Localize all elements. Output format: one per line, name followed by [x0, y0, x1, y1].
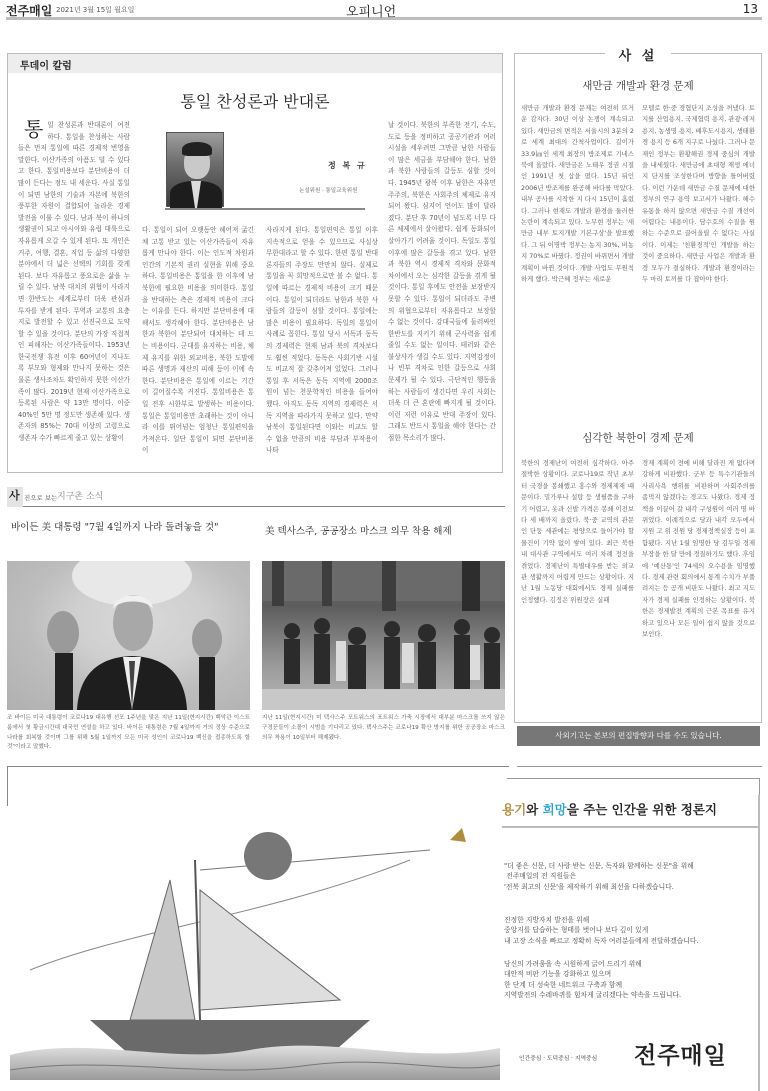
column-text-2: 다. 통일이 되어 오랫동안 헤어져 굶긴 채 고통 받고 있는 이산가족들이 …: [142, 225, 254, 460]
slogan-divider: [502, 826, 760, 828]
biden-photo: [7, 561, 250, 710]
ad-frame-right-top: [517, 766, 762, 767]
author-photo: [166, 132, 224, 207]
slogan-title: 용기와 희망을 주는 인간을 위한 정론지: [502, 800, 717, 818]
sailing-ship-illustration: [10, 820, 500, 1080]
column-text-3: 사라지게 된다. 통일편익은 통일 이후 지속적으로 얻을 수 있으므로 사실상…: [266, 225, 378, 460]
column-text-4: 날 것이다. 북한의 부족한 전기, 수도, 도로 등을 정비하고 공공기관과 …: [388, 120, 496, 460]
texas-photo: [262, 561, 505, 710]
slogan-motto: 인간중심 · 도덕중심 · 지역중심: [519, 1053, 597, 1062]
slogan-paragraph-1: "더 좋은 신문, 더 사랑 받는 신문, 독자와 함께하는 신문"을 위해 전…: [504, 861, 694, 892]
column-header: 투데이 칼럼: [8, 53, 502, 73]
page-number: 13: [743, 2, 758, 16]
author-name: 정 복 규: [328, 160, 367, 171]
editorial-2-text-2: 경제 계획이 전에 비해 달라진 게 없다며 강하게 비판했다. 군부 등 특수…: [642, 458, 755, 708]
crowd-illustration: [262, 561, 505, 710]
slogan-logo: 전주매일: [634, 1037, 727, 1070]
editorial-1-text-2: 모델로 한·중 경협단지 조성을 꺼냈다. 토지를 산업용지, 국제협력 용지,…: [642, 103, 755, 343]
caption-texas: 지난 11일(현지시간) 미 텍사스주 포트워스의 포트워스 가축 시장에서 대…: [262, 714, 505, 743]
slogan-word-rest: 을 주는 인간을 위한 정론지: [567, 802, 717, 817]
slogan-word-and: 와: [526, 802, 542, 817]
column-title: 통일 찬성론과 반대론: [8, 89, 502, 112]
today-column: 투데이 칼럼 통일 찬성론과 반대론 정 복 규 논설위원 · 통일교육위원 통…: [7, 53, 503, 473]
photo-title-texas: 美 텍사스주, 공공장소 마스크 의무 착용 해제: [265, 523, 452, 537]
issue-date: 2021년 3월 15일 월요일: [56, 5, 134, 15]
editorial-header: 사 설: [515, 45, 761, 64]
photo-news-header-grey: 지구촌 소식: [57, 489, 103, 502]
photo-news-header-big: 사: [7, 487, 23, 507]
column-text-1: 통일 찬성론과 반대론이 여전하다. 통일을 찬성하는 사람들은 먼저 통일에 …: [18, 120, 130, 460]
editorial-1-text-1: 새만금 개발과 환경 문제는 여전히 뜨거운 감자다. 30년 이상 논쟁이 계…: [521, 103, 634, 343]
byline-divider: [165, 208, 365, 210]
slogan-paragraph-3: 당신의 가려움을 속 시원하게 긁어 드리기 위해 대안적 비판 기능을 강화하…: [504, 959, 681, 1001]
newspaper-logo: 전주매일: [6, 2, 52, 19]
section-title: 오피니언: [346, 1, 396, 20]
slogan-word-courage: 용기: [502, 802, 526, 817]
slogan-word-hope: 희망: [543, 802, 567, 817]
editorial-title-2: 심각한 북한이 경제 문제: [515, 430, 761, 445]
photo-news-header-small: 진으로 보는: [24, 493, 57, 502]
editorial-2-text-1: 북한의 경제난이 여전히 심각하다. 아주 절박한 상황이다. 코로나19로 작…: [521, 458, 634, 708]
column-header-label: 투데이 칼럼: [20, 57, 72, 72]
slogan-paragraph-2: 진정한 지방자치 발전을 위해 중앙지를 답습하는 형태를 벗어나 보다 깊이 …: [504, 915, 699, 946]
photo-news-header: 사 진으로 보는 지구촌 소식: [7, 485, 505, 507]
editorial-box: 사 설 새만금 개발과 환경 문제 새만금 개발과 환경 문제는 여전히 뜨거운…: [514, 53, 762, 723]
biden-illustration: [7, 561, 250, 710]
photo-hair: [182, 142, 212, 156]
contribution-notice: 사외기고는 본보의 편집방향과 다를 수도 있습니다.: [517, 726, 760, 746]
ad-frame-left: [7, 766, 8, 806]
author-role: 논설위원 · 통일교육위원: [299, 186, 357, 194]
photo-title-biden: 바이든 美 대통령 "7월 4일까지 나라 돌려놓을 것": [11, 519, 218, 533]
ad-frame-top: [7, 766, 509, 767]
caption-biden: 조 바이든 미국 대통령이 코로나19 대유행 선포 1주년을 맞은 지난 11…: [7, 714, 250, 753]
editorial-title-1: 새만금 개발과 환경 문제: [515, 78, 761, 93]
drop-cap: 통: [24, 120, 43, 138]
masthead: 전주매일 2021년 3월 15일 월요일 오피니언 13: [6, 0, 762, 20]
